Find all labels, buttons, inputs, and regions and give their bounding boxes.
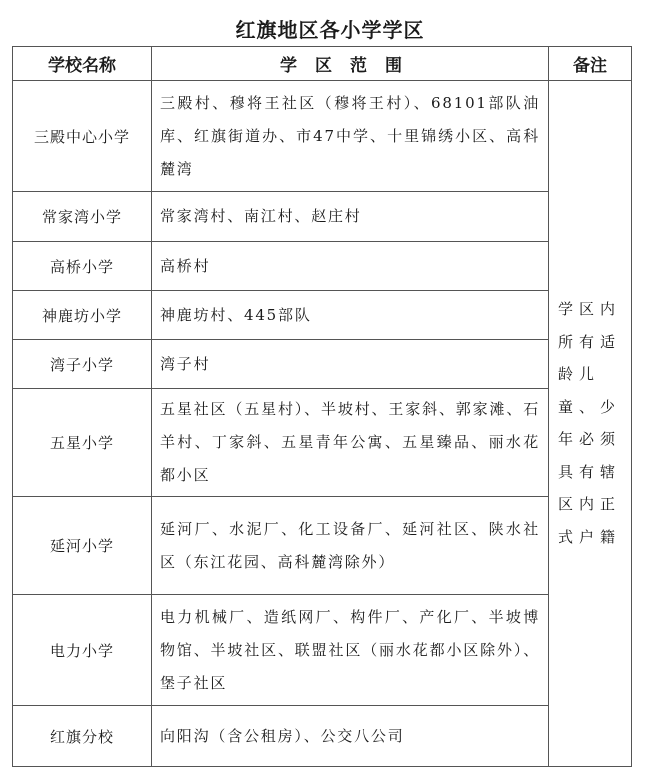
school-name-cell: 湾子小学: [13, 340, 152, 389]
remark-cell: 学区内所有适龄儿童、少年必须具有辖区内正式户籍: [549, 81, 632, 767]
school-name-cell: 神鹿坊小学: [13, 291, 152, 340]
school-name-cell: 电力小学: [13, 595, 152, 706]
school-name-cell: 三殿中心小学: [13, 81, 152, 192]
district-scope-cell: 三殿村、穆将王社区（穆将王村）、68101部队油库、红旗街道办、市47中学、十里…: [152, 81, 549, 192]
table-row: 五星小学 五星社区（五星村）、半坡村、王家斜、郭家滩、石羊村、丁家斜、五星青年公…: [13, 389, 632, 497]
school-name-cell: 五星小学: [13, 389, 152, 497]
district-scope-cell: 常家湾村、南江村、赵庄村: [152, 192, 549, 242]
table-row: 湾子小学 湾子村: [13, 340, 632, 389]
table-row: 常家湾小学 常家湾村、南江村、赵庄村: [13, 192, 632, 242]
school-name-cell: 高桥小学: [13, 242, 152, 291]
table-row: 红旗分校 向阳沟（含公租房）、公交八公司: [13, 706, 632, 767]
table-row: 高桥小学 高桥村: [13, 242, 632, 291]
district-scope-cell: 湾子村: [152, 340, 549, 389]
district-scope-cell: 向阳沟（含公租房）、公交八公司: [152, 706, 549, 767]
table-row: 电力小学 电力机械厂、造纸网厂、构件厂、产化厂、半坡博物馆、半坡社区、联盟社区（…: [13, 595, 632, 706]
district-scope-cell: 延河厂、水泥厂、化工设备厂、延河社区、陕水社区（东江花园、高科麓湾除外）: [152, 497, 549, 595]
school-name-cell: 红旗分校: [13, 706, 152, 767]
header-remark: 备注: [549, 47, 632, 81]
district-scope-cell: 电力机械厂、造纸网厂、构件厂、产化厂、半坡博物馆、半坡社区、联盟社区（丽水花都小…: [152, 595, 549, 706]
table-row: 延河小学 延河厂、水泥厂、化工设备厂、延河社区、陕水社区（东江花园、高科麓湾除外…: [13, 497, 632, 595]
district-scope-cell: 神鹿坊村、445部队: [152, 291, 549, 340]
school-name-cell: 延河小学: [13, 497, 152, 595]
header-school-name: 学校名称: [13, 47, 152, 81]
document-title: 红旗地区各小学学区: [0, 14, 660, 43]
table-row: 三殿中心小学 三殿村、穆将王社区（穆将王村）、68101部队油库、红旗街道办、市…: [13, 81, 632, 192]
school-name-cell: 常家湾小学: [13, 192, 152, 242]
header-district-scope: 学区范围: [152, 47, 549, 81]
school-district-table: 学校名称 学区范围 备注 三殿中心小学 三殿村、穆将王社区（穆将王村）、6810…: [12, 46, 632, 767]
district-scope-cell: 五星社区（五星村）、半坡村、王家斜、郭家滩、石羊村、丁家斜、五星青年公寓、五星臻…: [152, 389, 549, 497]
table-header-row: 学校名称 学区范围 备注: [13, 47, 632, 81]
remark-text: 学区内所有适龄儿童、少年必须具有辖区内正式户籍: [549, 293, 631, 553]
district-scope-cell: 高桥村: [152, 242, 549, 291]
table-row: 神鹿坊小学 神鹿坊村、445部队: [13, 291, 632, 340]
